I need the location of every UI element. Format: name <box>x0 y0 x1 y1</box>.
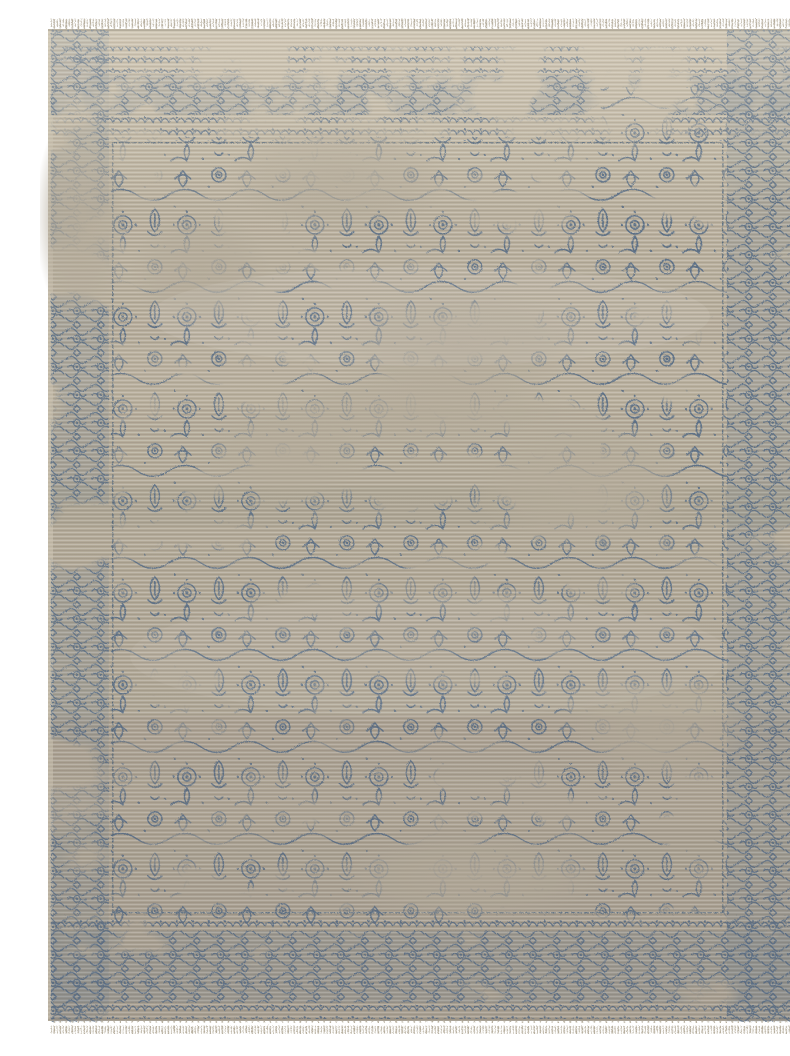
weave-texture-overlay <box>48 29 790 1021</box>
fringe-bottom <box>50 1020 790 1033</box>
photo-lighting <box>48 29 790 1021</box>
rug-product-photo <box>40 16 790 1040</box>
fringe-top <box>50 18 790 30</box>
rug-image <box>40 16 790 1040</box>
